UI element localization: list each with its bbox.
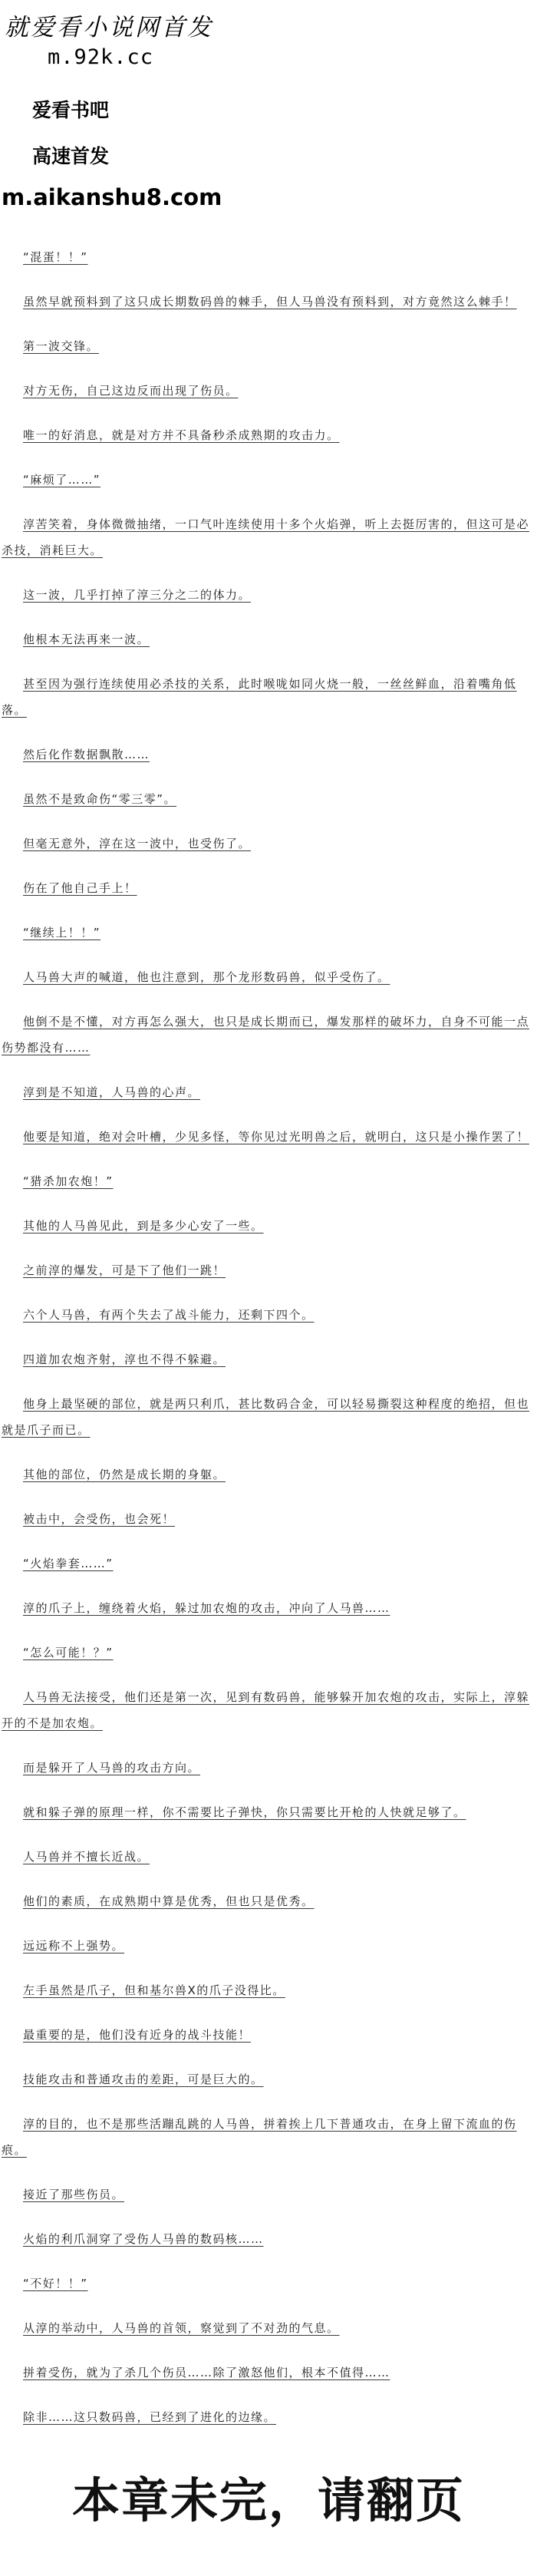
paragraph: 火焰的利爪洞穿了受伤人马兽的数码核…… bbox=[2, 2226, 535, 2252]
site-tagline: 高速首发 bbox=[32, 141, 537, 169]
paragraph: 但毫无意外，淳在这一波中，也受伤了。 bbox=[2, 831, 535, 857]
paragraph: “不好！！” bbox=[2, 2271, 535, 2297]
paragraph: 拼着受伤，就为了杀几个伤员……除了激怒他们，根本不值得…… bbox=[2, 2360, 535, 2386]
paragraph: 最重要的是，他们没有近身的战斗技能！ bbox=[2, 2022, 535, 2048]
paragraph: 被击中，会受伤，也会死！ bbox=[2, 1506, 535, 1532]
paragraph: 之前淳的爆发，可是下了他们一跳！ bbox=[2, 1257, 535, 1283]
paragraph: 六个人马兽，有两个失去了战斗能力，还剩下四个。 bbox=[2, 1302, 535, 1328]
paragraph: 其他的人马兽见此，到是多少心安了一些。 bbox=[2, 1213, 535, 1239]
paragraph: 左手虽然是爪子，但和基尔兽X的爪子没得比。 bbox=[2, 1977, 535, 2003]
paragraph: 他们的素质，在成熟期中算是优秀，但也只是优秀。 bbox=[2, 1888, 535, 1914]
paragraph: 其他的部位，仍然是成长期的身躯。 bbox=[2, 1461, 535, 1488]
paragraph: “猎杀加农炮！” bbox=[2, 1168, 535, 1194]
paragraph: 人马兽并不擅长近战。 bbox=[2, 1844, 535, 1870]
paragraph: 然后化作数据飘散…… bbox=[2, 741, 535, 768]
paragraph: 接近了那些伤员。 bbox=[2, 2181, 535, 2208]
paragraph: 他身上最坚硬的部位，就是两只利爪，甚比数码合金，可以轻易撕裂这种程度的绝招，但也… bbox=[2, 1391, 535, 1443]
paragraph: 他要是知道，绝对会叶槽，少见多怪，等你见过光明兽之后，就明白，这只是小操作罢了！ bbox=[2, 1124, 535, 1150]
page-turn-notice: 本章未完，请翻页 bbox=[0, 2462, 537, 2531]
paragraph: 人马兽无法接受，他们还是第一次，见到有数码兽，能够躲开加农炮的攻击，实际上，淳躲… bbox=[2, 1684, 535, 1736]
paragraph: “混蛋！！” bbox=[2, 244, 535, 270]
watermark-site-url: m.92k.cc bbox=[48, 45, 537, 69]
paragraph: “火焰拳套……” bbox=[2, 1551, 535, 1577]
chapter-text: “混蛋！！”虽然早就预料到了这只成长期数码兽的棘手，但人马兽没有预料到，对方竟然… bbox=[0, 244, 537, 2430]
paragraph: 唯一的好消息，就是对方并不具备秒杀成熟期的攻击力。 bbox=[2, 422, 535, 448]
paragraph: 他根本无法再来一波。 bbox=[2, 626, 535, 652]
page-header: 就爱看小说网首发 m.92k.cc 爱看书吧 高速首发 m.aikanshu8.… bbox=[0, 0, 537, 210]
paragraph: 淳到是不知道，人马兽的心声。 bbox=[2, 1079, 535, 1105]
paragraph: 而是躲开了人马兽的攻击方向。 bbox=[2, 1755, 535, 1781]
paragraph: 远远称不上强势。 bbox=[2, 1933, 535, 1959]
paragraph: 就和躲子弹的原理一样，你不需要比子弹快，你只需要比开枪的人快就足够了。 bbox=[2, 1799, 535, 1825]
paragraph: 淳的目的，也不是那些活蹦乱跳的人马兽，拼着挨上几下普通攻击，在身上留下流血的伤痕… bbox=[2, 2111, 535, 2163]
paragraph: “怎么可能！？” bbox=[2, 1640, 535, 1666]
paragraph: 虽然早就预料到了这只成长期数码兽的棘手，但人马兽没有预料到，对方竟然这么棘手！ bbox=[2, 289, 535, 315]
paragraph: 人马兽大声的喊道，他也注意到，那个龙形数码兽，似乎受伤了。 bbox=[2, 964, 535, 990]
paragraph: 这一波，几乎打掉了淳三分之二的体力。 bbox=[2, 582, 535, 608]
paragraph: 伤在了他自己手上！ bbox=[2, 875, 535, 901]
paragraph: 淳苦笑着，身体微微抽绪，一口气叶连续使用十多个火焰弹，听上去挺厉害的，但这可是必… bbox=[2, 511, 535, 563]
site-name: 爱看书吧 bbox=[32, 95, 537, 123]
paragraph: 从淳的举动中，人马兽的首领，察觉到了不对劲的气息。 bbox=[2, 2315, 535, 2341]
paragraph: 除非……这只数码兽，已经到了进化的边缘。 bbox=[2, 2404, 535, 2430]
site-url: m.aikanshu8.com bbox=[2, 184, 537, 210]
watermark-site-title: 就爱看小说网首发 bbox=[5, 8, 537, 42]
paragraph: 淳的爪子上，缠绕着火焰，躲过加农炮的攻击，冲向了人马兽…… bbox=[2, 1595, 535, 1621]
paragraph: 对方无伤，自己这边反而出现了伤员。 bbox=[2, 378, 535, 404]
paragraph: 虽然不是致命伤“零三零”。 bbox=[2, 786, 535, 812]
paragraph: 第一波交锋。 bbox=[2, 333, 535, 359]
paragraph: 甚至因为强行连续使用必杀技的关系，此时喉咙如同火烧一般，一丝丝鲜血，沿着嘴角低落… bbox=[2, 671, 535, 723]
paragraph: 技能攻击和普通攻击的差距，可是巨大的。 bbox=[2, 2066, 535, 2092]
paragraph: 四道加农炮齐射，淳也不得不躲避。 bbox=[2, 1346, 535, 1372]
paragraph: 他倒不是不懂，对方再怎么强大，也只是成长期而已，爆发那样的破坏力，自身不可能一点… bbox=[2, 1009, 535, 1061]
paragraph: “麻烦了……” bbox=[2, 467, 535, 493]
paragraph: “继续上！！” bbox=[2, 920, 535, 946]
